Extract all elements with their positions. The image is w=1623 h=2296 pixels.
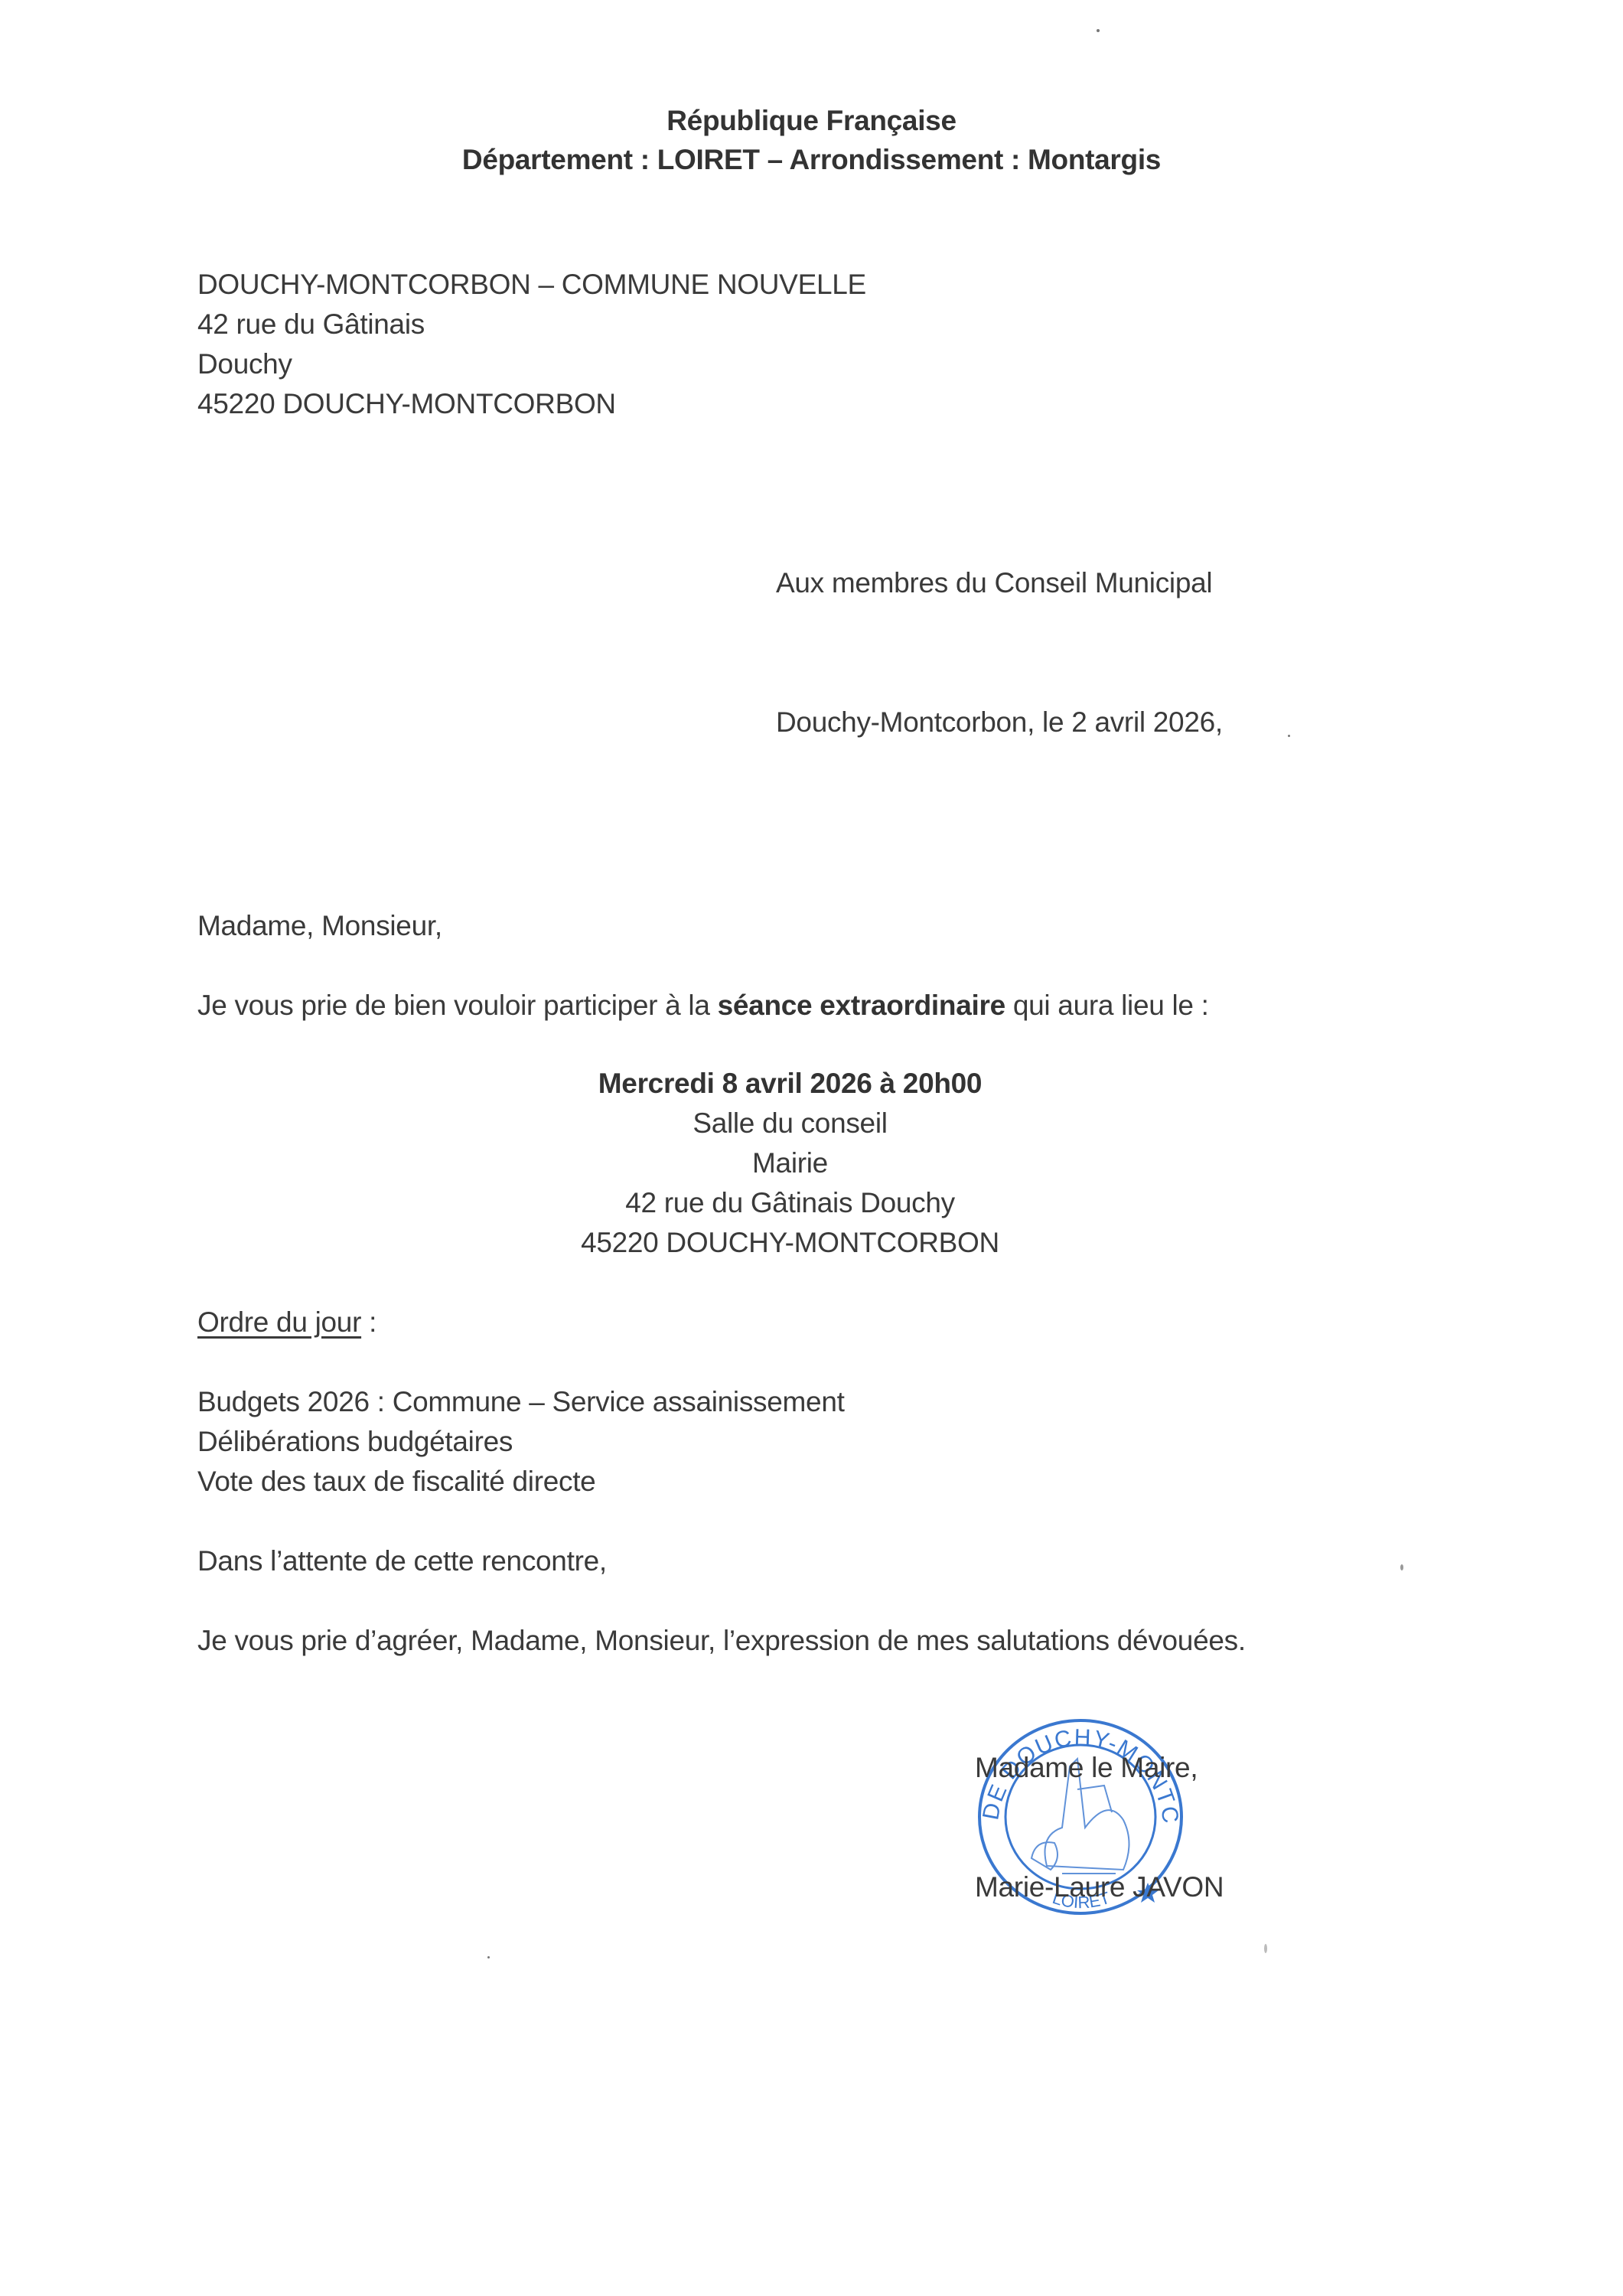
scan-speck (1097, 29, 1100, 32)
invitation-text: Je vous prie de bien vouloir participer … (197, 990, 718, 1021)
sender-line: DOUCHY-MONTCORBON – COMMUNE NOUVELLE (197, 266, 866, 303)
agenda-item: Vote des taux de fiscalité directe (197, 1463, 595, 1500)
agenda-heading: Ordre du jour : (197, 1304, 376, 1341)
meeting-datetime: Mercredi 8 avril 2026 à 20h00 (0, 1065, 1623, 1102)
agenda-item: Délibérations budgétaires (197, 1424, 513, 1460)
agenda-item: Budgets 2026 : Commune – Service assaini… (197, 1384, 845, 1420)
signature-title: Madame le Maire, (975, 1750, 1198, 1786)
sender-line: 42 rue du Gâtinais (197, 306, 425, 343)
scan-speck (1400, 1564, 1403, 1570)
scan-speck (1264, 1944, 1267, 1953)
meeting-building: Mairie (0, 1145, 1623, 1182)
scan-speck (487, 1956, 490, 1958)
header-republique: République Française (0, 103, 1623, 139)
agenda-title: Ordre du jour (197, 1306, 361, 1338)
place-date: Douchy-Montcorbon, le 2 avril 2026, (776, 704, 1223, 741)
sender-line: 45220 DOUCHY-MONTCORBON (197, 386, 616, 422)
meeting-room: Salle du conseil (0, 1105, 1623, 1142)
agenda-title-suffix: : (361, 1306, 376, 1338)
salutation: Madame, Monsieur, (197, 908, 442, 944)
invitation-bold: séance extraordinaire (718, 990, 1005, 1021)
letter-page: République Française Département : LOIRE… (0, 0, 1623, 2296)
signature-name: Marie-Laure JAVON (975, 1869, 1224, 1906)
meeting-address: 42 rue du Gâtinais Douchy (0, 1185, 1623, 1221)
invitation-paragraph: Je vous prie de bien vouloir participer … (197, 987, 1209, 1024)
closing-formula: Je vous prie d’agréer, Madame, Monsieur,… (197, 1623, 1246, 1659)
closing-line: Dans l’attente de cette rencontre, (197, 1543, 607, 1580)
header-departement: Département : LOIRET – Arrondissement : … (0, 142, 1623, 178)
invitation-text-end: qui aura lieu le : (1005, 990, 1209, 1021)
recipient: Aux membres du Conseil Municipal (776, 565, 1212, 602)
meeting-city: 45220 DOUCHY-MONTCORBON (0, 1225, 1623, 1261)
scan-speck (1288, 735, 1290, 737)
sender-line: Douchy (197, 346, 292, 383)
